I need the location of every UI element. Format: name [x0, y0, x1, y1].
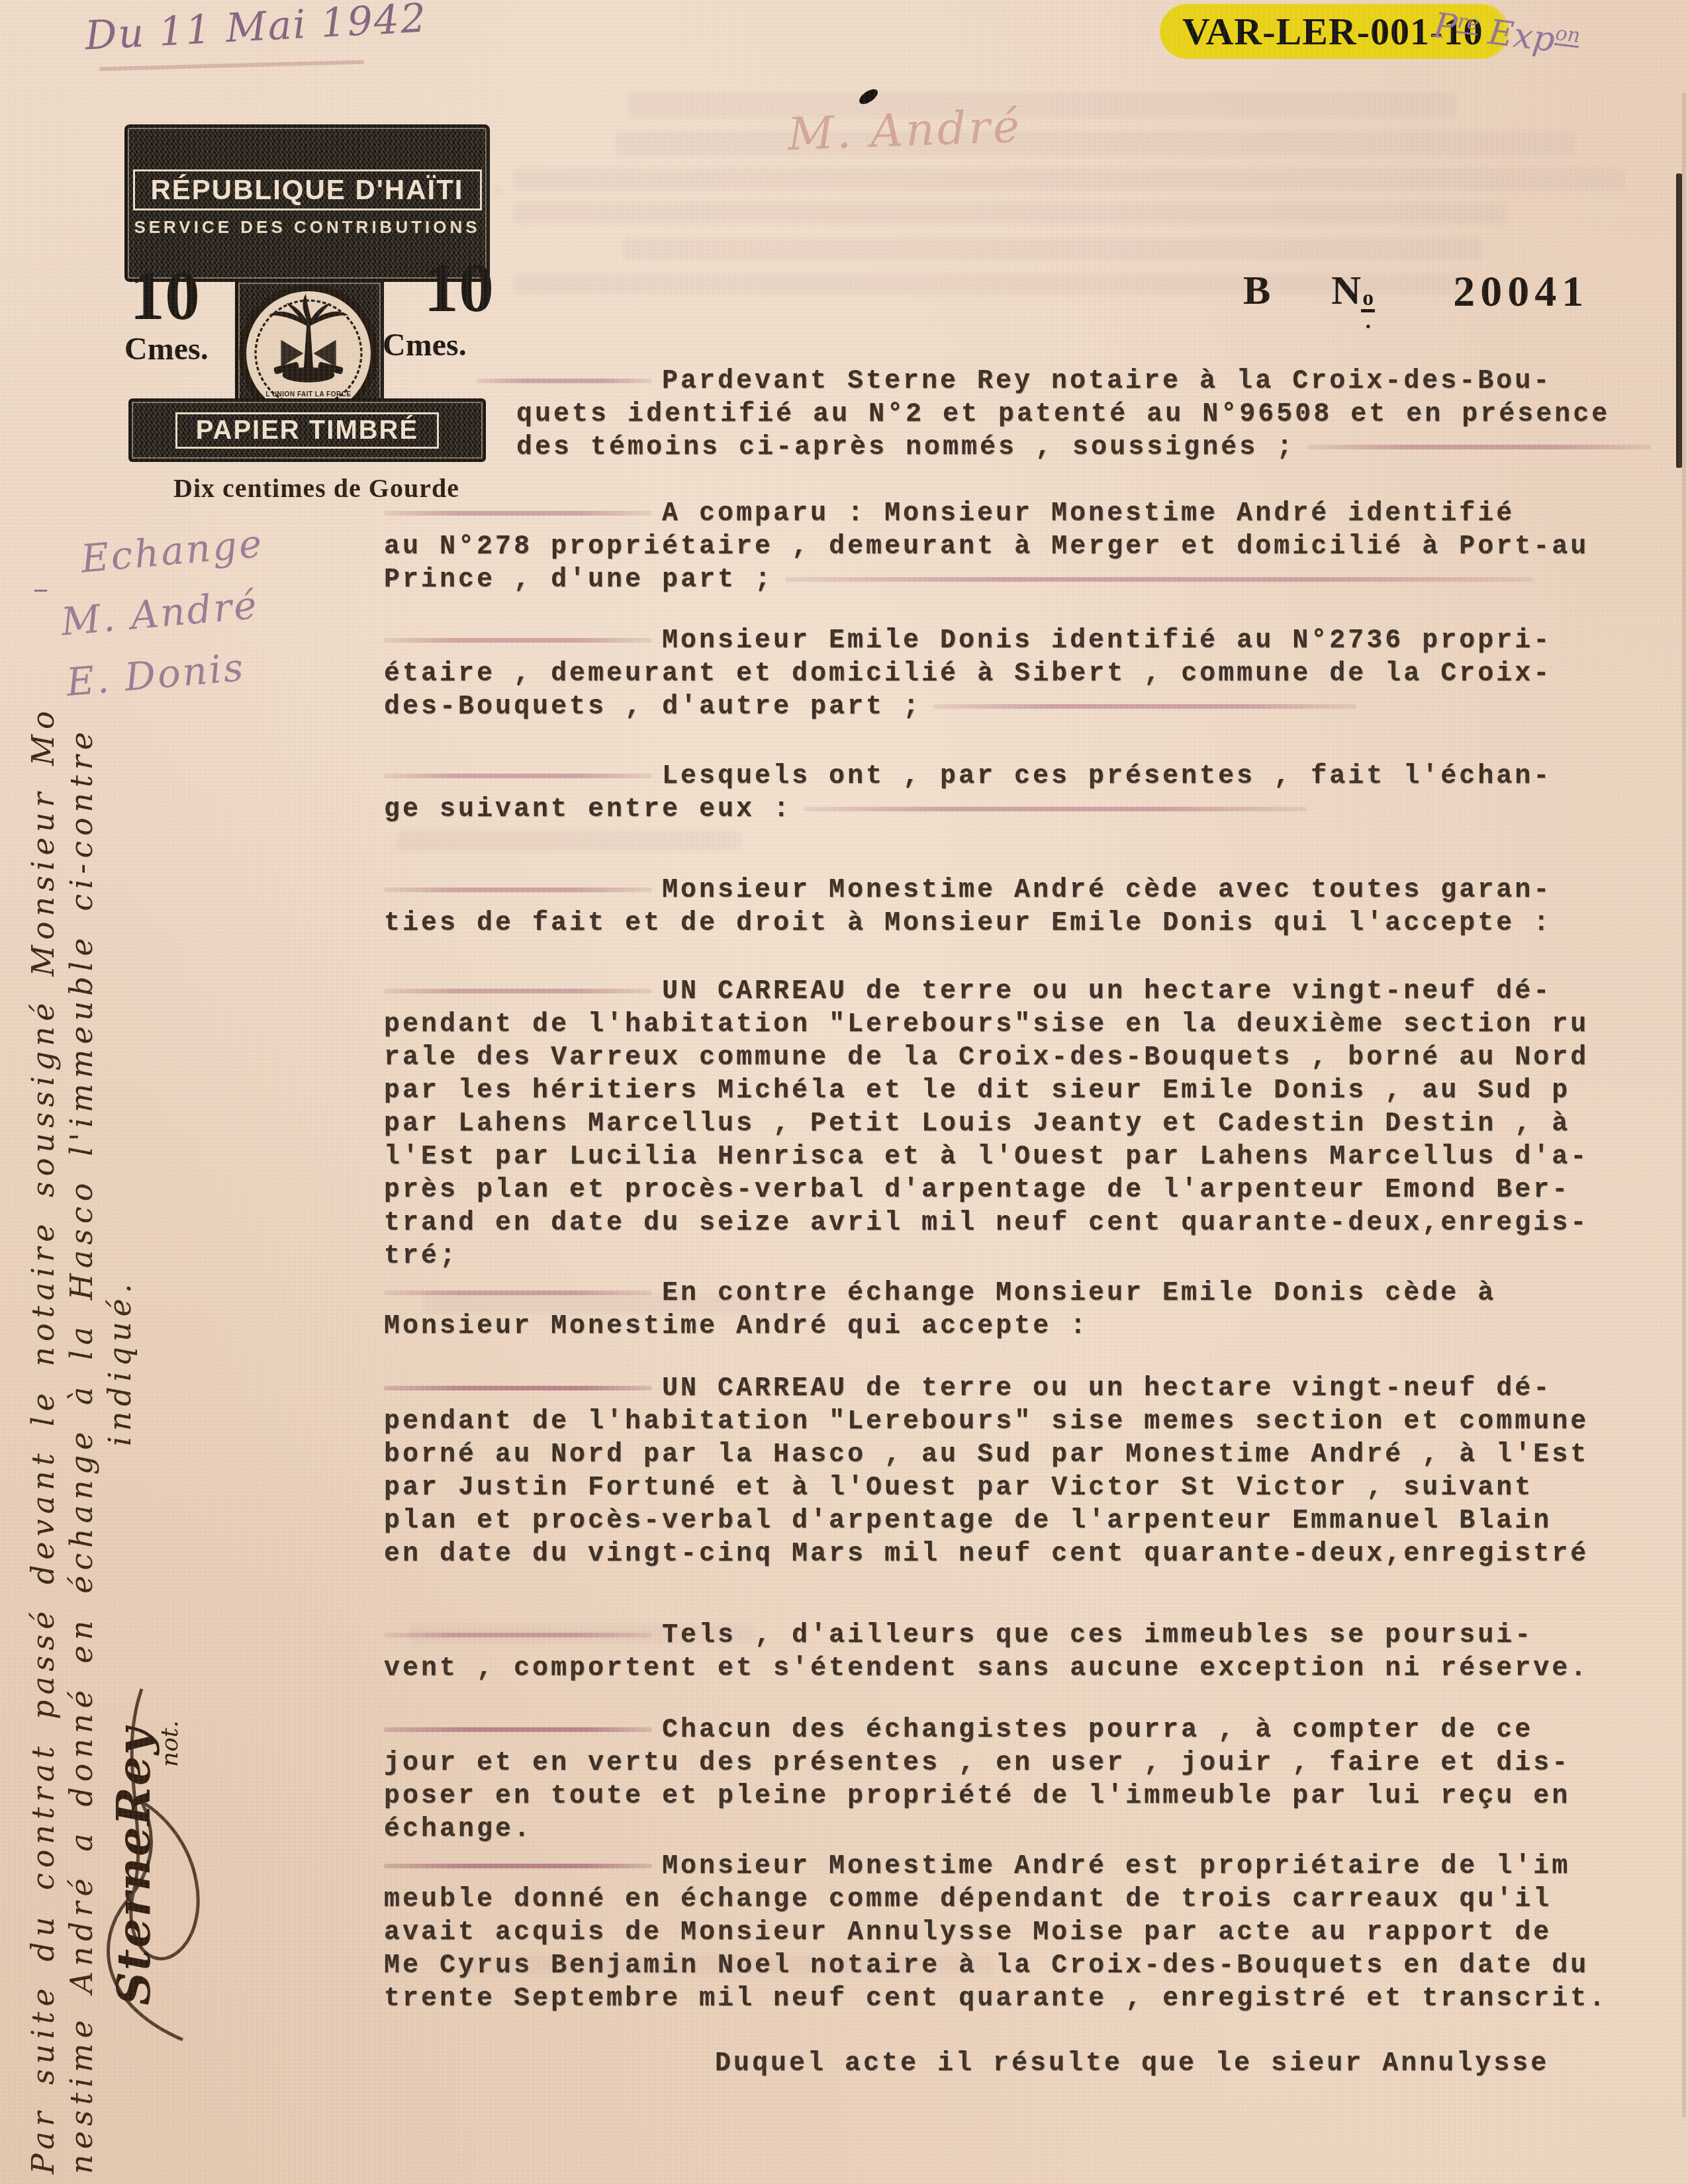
numero-letter: N	[1331, 268, 1361, 313]
paragraph: Lesquels ont , par ces présentes , fait …	[384, 760, 1688, 827]
paragraph-text: En contre échange Monsieur Emile Donis c…	[384, 1279, 1496, 1342]
paragraph-text: UN CARREAU de terre ou un hectare vingt-…	[384, 1374, 1589, 1569]
faded-rule	[384, 989, 652, 993]
expedition-note-superscript: on	[1554, 22, 1581, 48]
document-page: Du 11 Mai 1942 VAR-LER-001-10 Pre Expon …	[0, 0, 1688, 2184]
paragraph: Chacun des échangistes pourra , à compte…	[384, 1714, 1688, 1846]
stamp-motto: L'UNION FAIT LA FORCE	[237, 391, 380, 398]
expedition-note-part: P	[1431, 6, 1459, 48]
signature-title: not.	[156, 1720, 183, 1767]
paragraph-text: Monsieur Monestime André est propriétair…	[384, 1852, 1607, 2014]
typed-body: Pardevant Sterne Rey notaire à la Croix-…	[384, 365, 1688, 2081]
form-number: B No. 20041	[1243, 270, 1589, 329]
stamp-country-row: ◈ RÉPUBLIQUE D'HAÏTI ◈	[108, 169, 506, 210]
scan-artifact	[616, 131, 1575, 156]
paragraph: Monsieur Monestime André est propriétair…	[384, 1850, 1688, 2016]
signature-name: SterneRey	[106, 1727, 161, 2005]
ghost-handwritten-name: M. André	[787, 101, 1023, 161]
paragraph-text: Chacun des échangistes pourra , à compte…	[384, 1715, 1570, 1844]
handwritten-date: Du 11 Mai 1942	[84, 0, 428, 59]
paragraph-text: Tels , d'ailleurs que ces immeubles se p…	[384, 1621, 1589, 1684]
faded-rule	[477, 379, 652, 383]
paragraph: Duquel acte il résulte que le sieur Annu…	[384, 2048, 1688, 2081]
classification-note: Echange M. André E. Donis	[54, 513, 277, 713]
paragraph-text: UN CARREAU de terre ou un hectare vingt-…	[384, 977, 1589, 1271]
form-series-letter: B	[1243, 270, 1270, 311]
paragraph: Monsieur Monestime André cède avec toute…	[384, 874, 1688, 940]
paragraph: UN CARREAU de terre ou un hectare vingt-…	[384, 976, 1688, 1273]
paragraph: Monsieur Emile Donis identifié au N°2736…	[384, 625, 1688, 724]
expedition-note-part: Exp	[1486, 13, 1557, 60]
faded-rule	[384, 1864, 652, 1868]
vertical-note-line: Par suite du contrat passé devant le not…	[24, 754, 62, 2174]
faded-rule	[384, 1291, 652, 1295]
stamp-value-right: 10	[424, 253, 494, 323]
stamp-unit-right: Cmes.	[383, 327, 467, 363]
scan-artifact	[622, 238, 1483, 259]
stamp-value-left: 10	[130, 261, 200, 331]
scan-artifact	[513, 203, 1506, 224]
stamp-service: SERVICE DES CONTRIBUTIONS	[134, 217, 480, 238]
scan-artifact	[513, 168, 1625, 191]
numero-sign: No.	[1331, 270, 1375, 329]
expedition-note-superscript: re	[1456, 10, 1480, 36]
faded-rule	[933, 704, 1357, 709]
faded-rule	[384, 1386, 652, 1390]
scan-artifact	[629, 93, 1456, 118]
diamond-ornament-icon: ◈	[108, 178, 123, 201]
faded-rule	[384, 638, 652, 643]
paragraph-text: Duquel acte il résulte que le sieur Annu…	[715, 2049, 1549, 2079]
faded-rule	[384, 1727, 652, 1732]
faded-rule	[785, 577, 1533, 582]
faded-rule	[384, 511, 652, 516]
faded-rule	[384, 774, 652, 778]
faded-rule	[804, 807, 1307, 811]
paragraph: A comparu : Monsieur Monestime André ide…	[384, 498, 1688, 597]
paragraph: Pardevant Sterne Rey notaire à la Croix-…	[516, 365, 1688, 465]
stamp-country: RÉPUBLIQUE D'HAÏTI	[133, 169, 482, 210]
form-number-value: 20041	[1453, 270, 1589, 314]
notary-signature: SterneRey not.	[78, 1681, 211, 2052]
numero-ordinal: o.	[1361, 289, 1375, 330]
faded-rule	[384, 887, 652, 892]
classification-dash: –	[33, 570, 48, 606]
paragraph: Tels , d'ailleurs que ces immeubles se p…	[384, 1619, 1688, 1686]
paragraph: UN CARREAU de terre ou un hectare vingt-…	[384, 1373, 1688, 1571]
paragraph: En contre échange Monsieur Emile Donis c…	[384, 1277, 1688, 1343]
faded-underline	[99, 60, 364, 71]
stamp-unit-left: Cmes.	[124, 331, 209, 367]
numero-dot: .	[1365, 312, 1371, 330]
diamond-ornament-icon: ◈	[491, 178, 506, 201]
faded-rule	[1307, 445, 1651, 449]
paragraph-text: Lesquels ont , par ces présentes , fait …	[384, 762, 1552, 825]
paragraph-text: Monsieur Monestime André cède avec toute…	[384, 876, 1552, 938]
faded-rule	[384, 1633, 652, 1637]
